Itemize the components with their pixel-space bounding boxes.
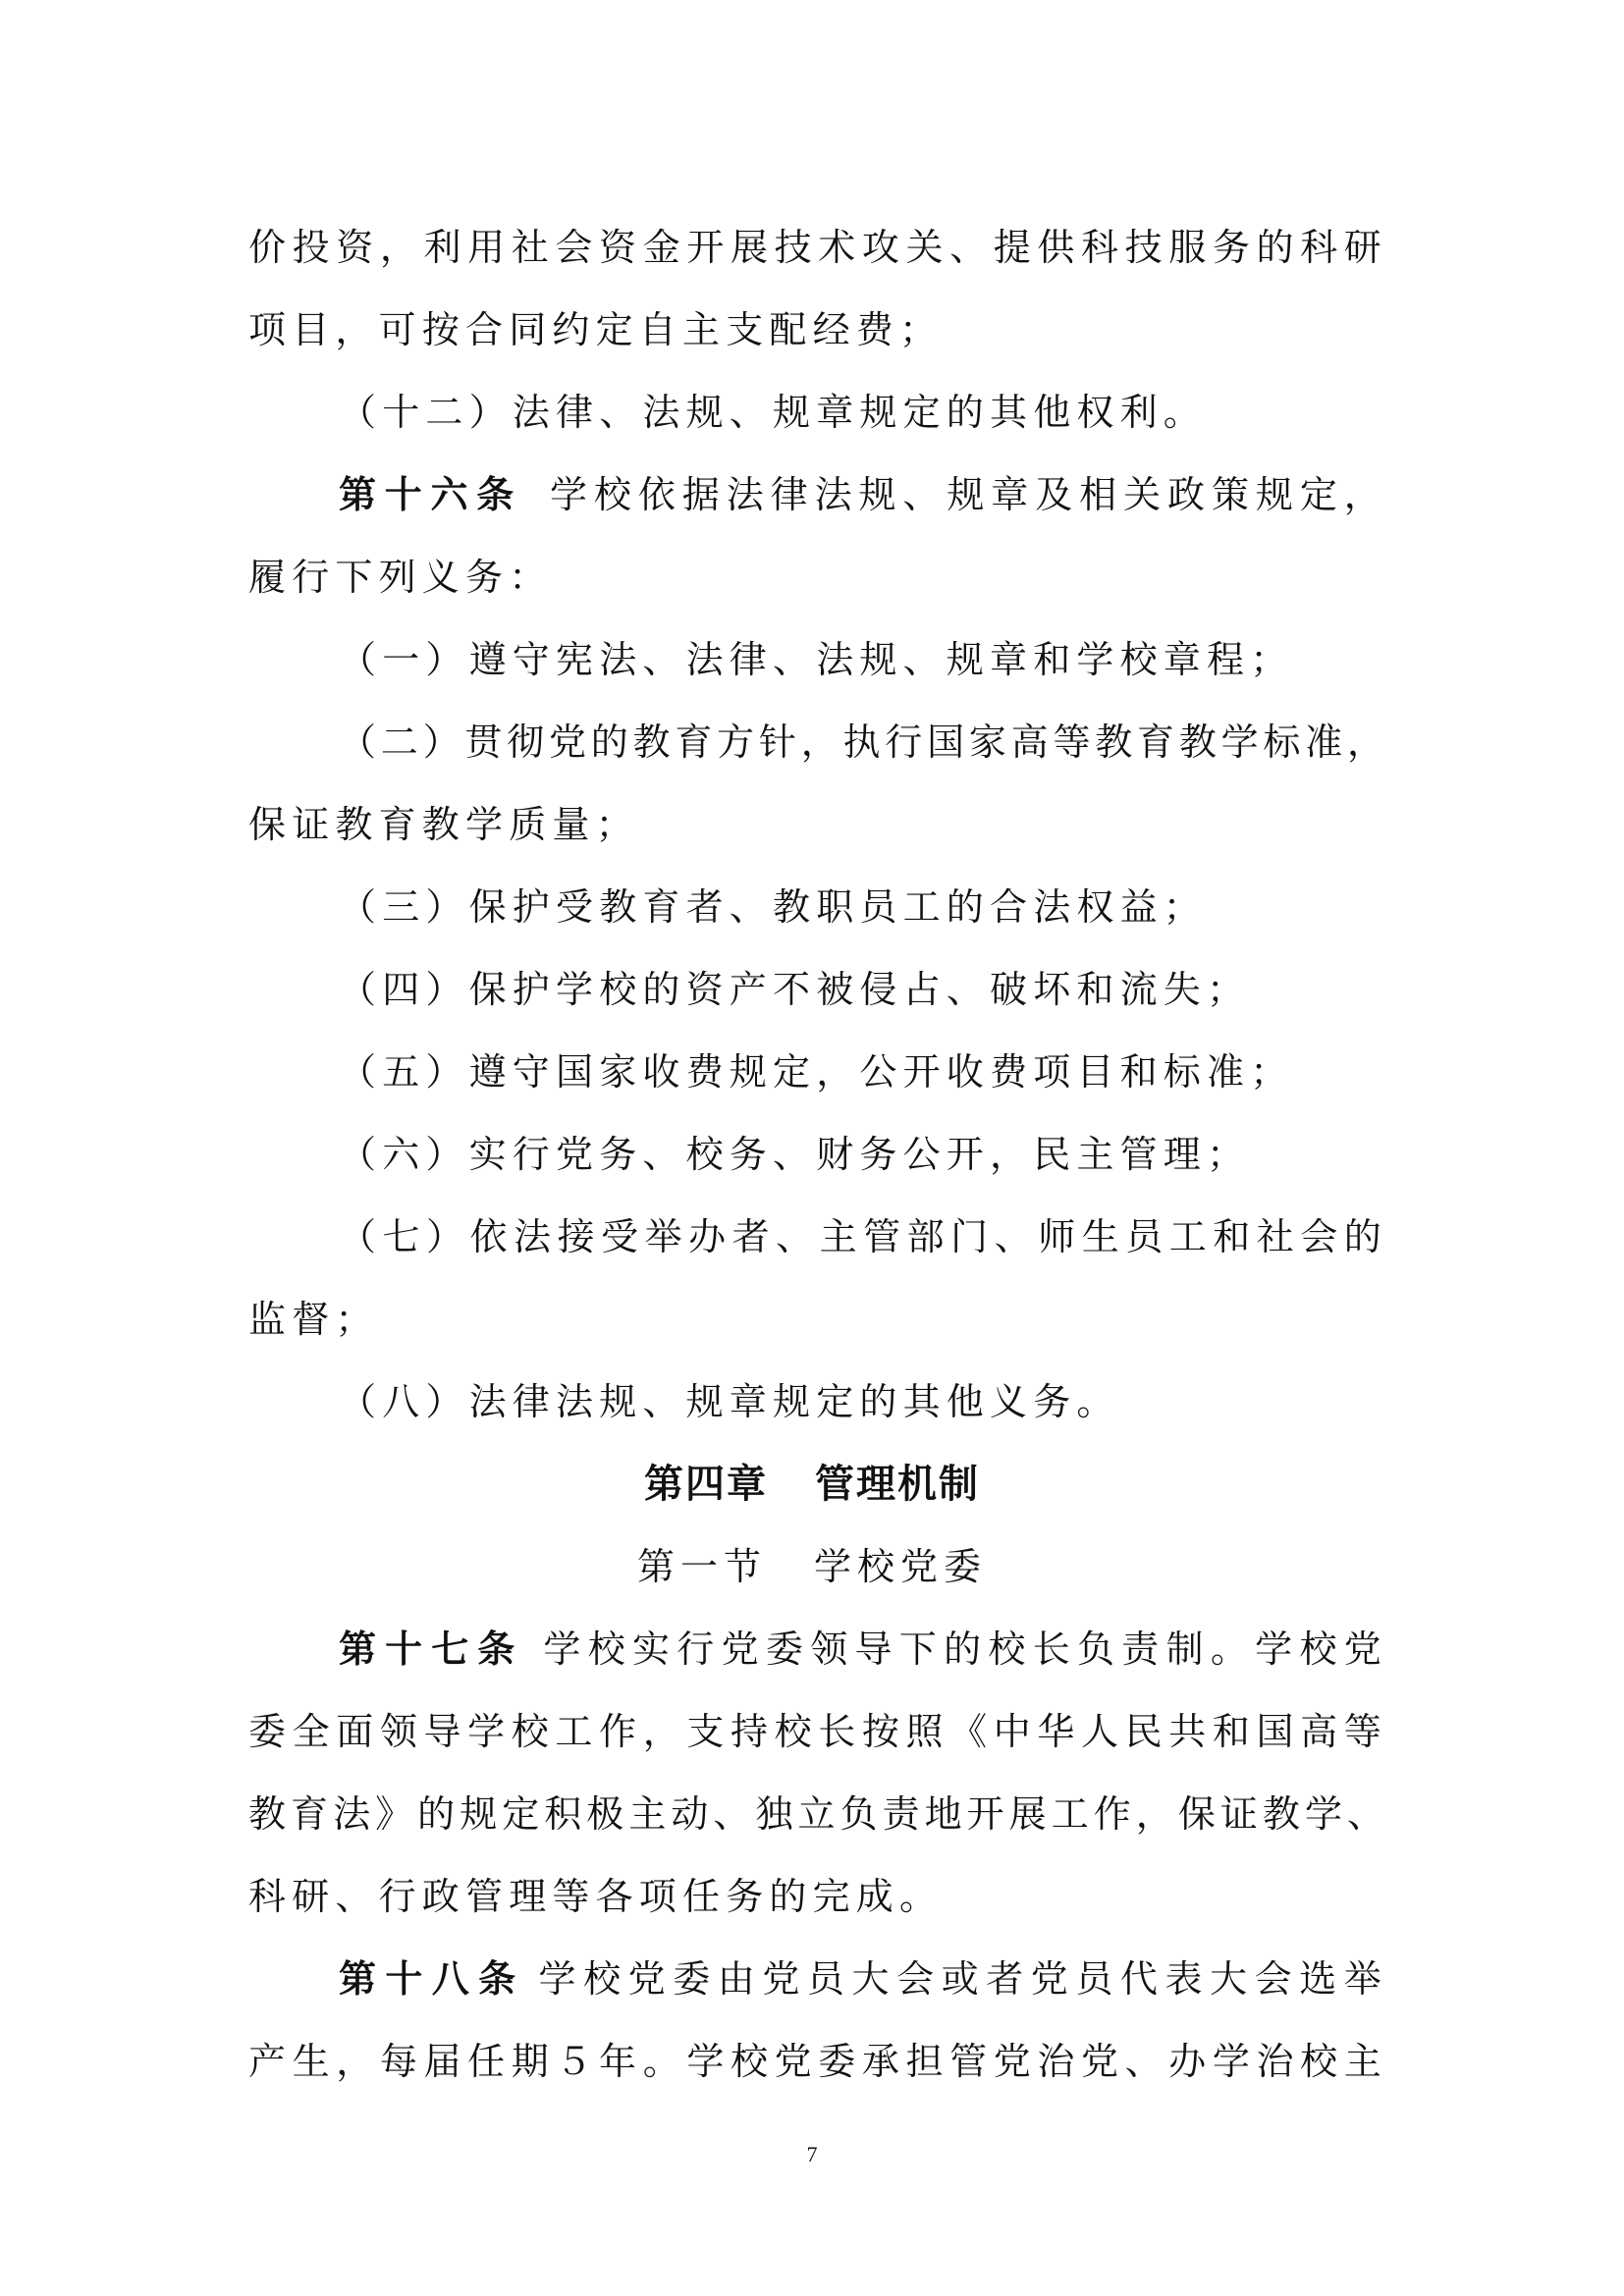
paragraph-line: 价投资，利用社会资金开展技术攻关、提供科技服务的科研 bbox=[248, 206, 1387, 289]
list-item-1: （一）遵守宪法、法律、法规、规章和学校章程； bbox=[339, 618, 1387, 701]
article-text: 学校实行党委领导下的校长负责制。学校党 bbox=[543, 1628, 1387, 1671]
article-text: 学校党委由党员大会或者党员代表大会选举 bbox=[539, 1957, 1388, 2001]
chapter-number: 第四章 bbox=[644, 1462, 768, 1507]
chapter-heading: 第四章管理机制 bbox=[0, 1443, 1624, 1525]
article-16: 第十六条学校依据法律法规、规章及相关政策规定， bbox=[339, 454, 1387, 536]
list-item-6: （六）实行党务、校务、财务公开，民主管理； bbox=[339, 1113, 1387, 1196]
paragraph-line: 监督； bbox=[248, 1278, 1387, 1361]
paragraph-line: 科研、行政管理等各项任务的完成。 bbox=[248, 1855, 1387, 1938]
article-18: 第十八条学校党委由党员大会或者党员代表大会选举 bbox=[339, 1938, 1387, 2020]
list-item-8: （八）法律法规、规章规定的其他义务。 bbox=[339, 1361, 1387, 1443]
paragraph-line: 教育法》的规定积极主动、独立负责地开展工作，保证教学、 bbox=[248, 1773, 1387, 1855]
page-number: 7 bbox=[0, 2142, 1624, 2167]
paragraph-line: 履行下列义务： bbox=[248, 536, 1387, 618]
article-label: 第十六条 bbox=[339, 473, 522, 516]
article-label: 第十八条 bbox=[339, 1957, 525, 2001]
section-heading: 第一节学校党委 bbox=[0, 1525, 1624, 1608]
paragraph-line: 产生，每届任期５年。学校党委承担管党治党、办学治校主 bbox=[248, 2020, 1387, 2103]
paragraph-line: 委全面领导学校工作，支持校长按照《中华人民共和国高等 bbox=[248, 1690, 1387, 1773]
section-number: 第一节 bbox=[637, 1545, 767, 1588]
list-item-5: （五）遵守国家收费规定，公开收费项目和标准； bbox=[339, 1031, 1387, 1113]
article-17: 第十七条学校实行党委领导下的校长负责制。学校党 bbox=[339, 1608, 1387, 1690]
paragraph-line: 项目，可按合同约定自主支配经费； bbox=[248, 289, 1387, 371]
document-page: 价投资，利用社会资金开展技术攻关、提供科技服务的科研 项目，可按合同约定自主支配… bbox=[0, 0, 1624, 2296]
section-title: 学校党委 bbox=[814, 1545, 987, 1588]
article-text: 学校依据法律法规、规章及相关政策规定， bbox=[550, 473, 1387, 516]
paragraph-line: 保证教育教学质量； bbox=[248, 783, 1387, 866]
list-item-12: （十二）法律、法规、规章规定的其他权利。 bbox=[339, 371, 1387, 454]
list-item-3: （三）保护受教育者、教职员工的合法权益； bbox=[339, 866, 1387, 948]
list-item-4: （四）保护学校的资产不被侵占、破坏和流失； bbox=[339, 948, 1387, 1031]
article-label: 第十七条 bbox=[339, 1628, 523, 1671]
list-item-7: （七）依法接受举办者、主管部门、师生员工和社会的 bbox=[339, 1196, 1387, 1278]
chapter-title: 管理机制 bbox=[815, 1462, 980, 1507]
list-item-2: （二）贯彻党的教育方针，执行国家高等教育教学标准， bbox=[339, 701, 1387, 783]
